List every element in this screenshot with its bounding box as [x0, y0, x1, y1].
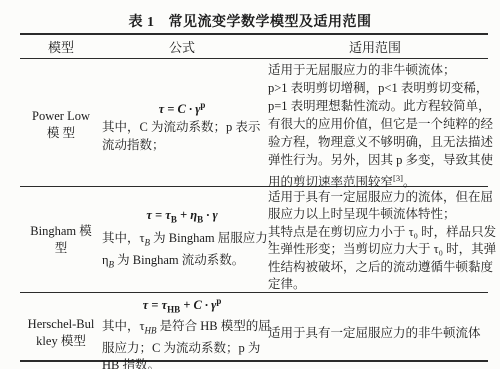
model-cell: Power Low 模 型: [20, 59, 102, 191]
model-name-line: Power Low: [32, 108, 90, 125]
scope-line: 定律。: [268, 276, 488, 293]
header-formula: 公式: [102, 37, 262, 56]
scope-line: 弹性行为。另外，因其 p 多变，导致其使: [268, 151, 488, 169]
table-title: 表 1常见流变学数学模型及适用范围: [0, 11, 500, 31]
formula-equation: τ = τHB + C · γp: [102, 293, 262, 318]
scope-line: 适用于具有一定屈服应力的非牛顿流体: [268, 324, 481, 342]
rheology-models-table: 模型 公式 适用范围 Power Low 模 型 τ = C · γp 其中，C…: [20, 33, 488, 362]
formula-cell: τ = τB + ηB · γ 其中，τB 为 Bingham 屈服应力， ηB…: [102, 187, 262, 293]
table-title-text: 常见流变学数学模型及适用范围: [169, 15, 372, 30]
scope-line: 性结构被破坏，之后的流动遵循牛顿黏度: [268, 259, 488, 276]
equation-subscript: HB: [167, 305, 180, 315]
table-row-power-low: Power Low 模 型 τ = C · γp 其中，C 为流动系数；p 表示…: [20, 59, 488, 187]
note-text: 是符合 HB 模型的屈: [157, 319, 271, 333]
scope-line: 生弹性形变；当剪切应力大于 τ₀ 时，其弹: [268, 241, 488, 258]
model-name-line: Bingham 模: [30, 223, 91, 240]
formula-note-line: 流动指数；: [102, 136, 262, 154]
table-row-herschel-bulkley: Herschel-Bul kley 模型 τ = τHB + C · γp 其中…: [20, 293, 488, 360]
formula-note-line: ηB 为 Bingham 流动系数。: [102, 251, 262, 274]
model-cell: Bingham 模 型: [20, 187, 102, 293]
scope-cell: 适用于具有一定屈服应力的流体，但在屈 服应力以上时呈现牛顿流体特性； 其特点是在…: [262, 187, 488, 293]
table-header-row: 模型 公式 适用范围: [20, 35, 488, 59]
formula-equation: τ = τB + ηB · γ: [102, 206, 262, 229]
equation-body: + C · γ: [180, 298, 216, 312]
table-figure: 表 1常见流变学数学模型及适用范围 模型 公式 适用范围 Power Low 模…: [0, 0, 500, 369]
equation-exponent: p: [216, 296, 221, 306]
scope-line: 适用于无屈服应力的非牛顿流体；: [268, 61, 488, 79]
formula-note-line: 其中，τHB 是符合 HB 模型的屈: [102, 318, 262, 339]
header-scope: 适用范围: [262, 37, 488, 56]
equation-body: τ = τ: [146, 208, 170, 222]
model-name-line: 模 型: [47, 125, 75, 142]
equation-exponent: p: [200, 100, 205, 110]
header-model: 模型: [20, 37, 102, 56]
scope-line: 其特点是在剪切应力小于 τ₀ 时，样品只发: [268, 224, 488, 241]
citation-superscript: [3]: [393, 173, 403, 183]
formula-note-line: HB 指数。: [102, 357, 262, 369]
formula-note-line: 服应力；C 为流动系数；p 为: [102, 340, 262, 357]
model-cell: Herschel-Bul kley 模型: [20, 293, 102, 369]
equation-body: τ = τ: [143, 298, 167, 312]
scope-cell: 适用于具有一定屈服应力的非牛顿流体: [262, 293, 488, 369]
equation-body: τ = C · γ: [159, 102, 201, 116]
model-name-line: kley 模型: [36, 333, 86, 350]
model-name-line: Herschel-Bul: [28, 316, 95, 333]
table-number: 表 1: [129, 15, 155, 30]
table-row-bingham: Bingham 模 型 τ = τB + ηB · γ 其中，τB 为 Bing…: [20, 187, 488, 293]
scope-line: 验方程，物理意义不够明确，且无法描述: [268, 133, 488, 151]
formula-cell: τ = C · γp 其中，C 为流动系数；p 表示 流动指数；: [102, 59, 262, 191]
scope-cell: 适用于无屈服应力的非牛顿流体； p>1 表明剪切增稠，p<1 表明剪切变稀， p…: [262, 59, 488, 191]
scope-line: p=1 表明理想黏性流动。此方程较简单，: [268, 97, 488, 115]
scope-line: p>1 表明剪切增稠，p<1 表明剪切变稀，: [268, 79, 488, 97]
equation-body: · γ: [203, 208, 218, 222]
formula-note-line: 其中，C 为流动系数；p 表示: [102, 118, 262, 136]
formula-cell: τ = τHB + C · γp 其中，τHB 是符合 HB 模型的屈 服应力；…: [102, 293, 262, 369]
note-subscript: HB: [145, 326, 157, 336]
scope-line: 有很大的应用价值，但它是一个纯粹的经: [268, 115, 488, 133]
scope-line: 适用于具有一定屈服应力的流体，但在屈: [268, 189, 488, 206]
formula-equation: τ = C · γp: [102, 96, 262, 118]
note-text: 其中，τ: [102, 319, 145, 333]
scope-line: 服应力以上时呈现牛顿流体特性；: [268, 206, 488, 223]
note-text: 为 Bingham 流动系数。: [114, 253, 244, 267]
formula-note-line: 其中，τB 为 Bingham 屈服应力，: [102, 229, 262, 252]
equation-body: + η: [177, 208, 197, 222]
model-name-line: 型: [55, 240, 68, 257]
note-text: 其中，τ: [102, 231, 145, 245]
note-text: 为 Bingham 屈服应力，: [150, 231, 280, 245]
